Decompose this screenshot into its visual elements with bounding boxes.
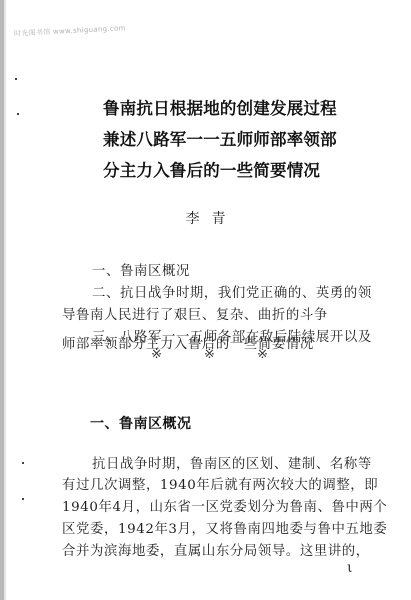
toc-item-2: 二、抗日战争时期，我们党正确的、英勇的领	[92, 282, 372, 301]
watermark: 时光图书馆 www.shiguang.com	[14, 23, 126, 39]
section-heading: 一、鲁南区概况	[90, 413, 192, 433]
body-line-4: 区党委，1942年3月，又将鲁南四地委与鲁中五地委	[62, 518, 387, 537]
toc-item-2-cont: 导鲁南人民进行了艰巨、复杂、曲折的斗争	[62, 304, 328, 323]
page-mark: ι	[347, 560, 353, 576]
divider-mark: ※	[204, 347, 215, 362]
body-line-2: 有过几次调整，1940年后就有两次较大的调整，即	[62, 474, 378, 493]
scan-speck	[22, 462, 24, 464]
scan-speck	[17, 113, 19, 115]
title-line-1: 鲁南抗日根据地的创建发展过程	[103, 95, 403, 119]
scan-speck	[22, 498, 24, 500]
divider-mark: ※	[257, 347, 268, 362]
section-divider: ※ ※ ※	[0, 347, 411, 362]
divider-mark: ※	[151, 347, 162, 362]
title-line-3: 分主力入鲁后的一些简要情况	[103, 157, 403, 181]
page-edge-highlight	[4, 0, 6, 600]
body-line-5: 合并为滨海地委，直属山东分局领导。这里讲的，	[62, 540, 370, 559]
title-line-2: 兼述八路军一一五师师部率领部	[103, 126, 403, 150]
body-line-1: 抗日战争时期，鲁南区的区划、建制、名称等	[92, 453, 372, 472]
scan-speck	[15, 78, 17, 80]
author: 李青	[0, 208, 411, 228]
body-line-3: 1940年4月，山东省一区党委划分为鲁南、鲁中两个	[62, 496, 387, 515]
toc-item-1: 一、鲁南区概况	[92, 260, 190, 279]
